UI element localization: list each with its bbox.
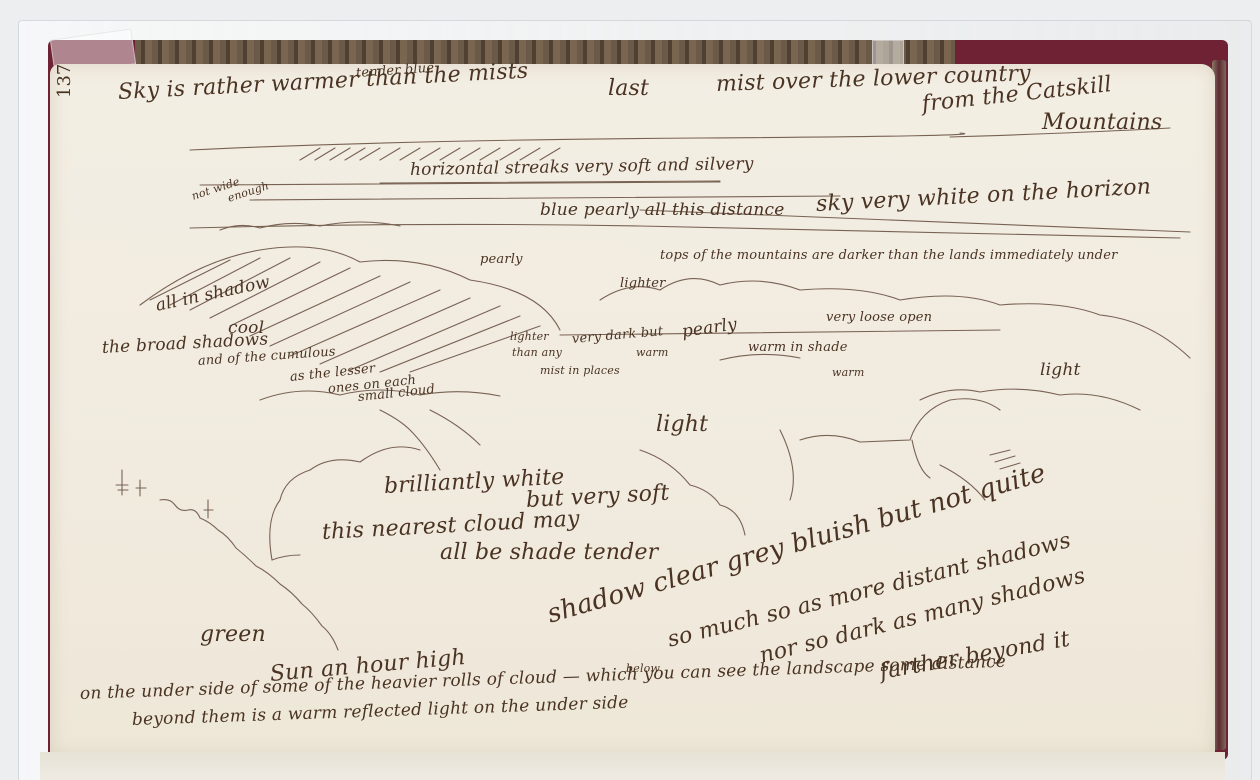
note-light-right: light <box>1040 360 1081 380</box>
page-number: 137 <box>54 64 75 98</box>
note-warm: warm <box>636 346 668 359</box>
note-very-loose-open: very loose open <box>826 310 932 325</box>
note-tops-of-mountains: tops of the mountains are darker than th… <box>660 248 1118 263</box>
note-all-be-shade-tender: all be shade tender <box>440 540 658 565</box>
note-warm-2: warm <box>832 366 864 379</box>
note-lighter-top: lighter <box>620 276 666 291</box>
note-last: last <box>608 76 649 101</box>
note-mist-in-places: mist in places <box>540 364 620 377</box>
note-green: green <box>200 622 266 647</box>
note-warm-in-shade: warm in shade <box>748 340 848 355</box>
lower-page-leaf <box>40 752 1225 780</box>
note-lighter-mid: lighter <box>510 330 549 343</box>
note-pearly-1: pearly <box>480 252 523 267</box>
note-mountains: Mountains <box>1042 110 1162 135</box>
note-light-center: light <box>656 412 708 437</box>
note-blue-pearly: blue pearly all this distance <box>540 200 784 220</box>
note-than-any: than any <box>512 346 562 359</box>
